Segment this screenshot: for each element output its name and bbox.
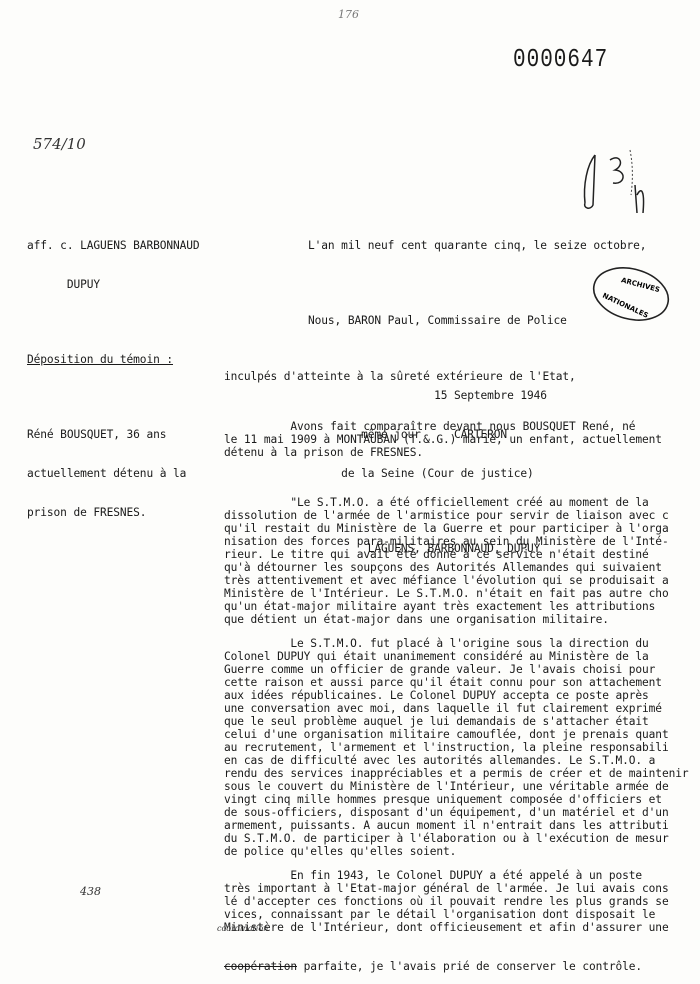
text-line: dissolution de l'armée de l'armistice po… bbox=[224, 509, 700, 522]
text-line: vices, connaissant par le détail l'organ… bbox=[224, 908, 700, 921]
archives-stamp-icon: ARCHIVES NATIONALES bbox=[590, 265, 672, 323]
left-column: aff. c. LAGUENS BARBONNAUD DUPUY Déposit… bbox=[27, 213, 200, 532]
folio-number: 176 bbox=[338, 8, 359, 21]
date-line: L'an mil neuf cent quarante cinq, le sei… bbox=[308, 239, 646, 252]
text-line: du S.T.M.O. de participer à l'élaboratio… bbox=[224, 832, 700, 845]
text-line: que détient un état-major dans une organ… bbox=[224, 613, 700, 626]
text-line: aux idées républicaines. Le Colonel DUPU… bbox=[224, 689, 700, 702]
intro-line: le 11 mai 1909 à MONTAUBAN (T.&.G.) mari… bbox=[224, 433, 700, 446]
handwritten-reference: 574/10 bbox=[33, 135, 86, 153]
text-line: Guerre comme un officier de grande valeu… bbox=[224, 663, 700, 676]
text-line: celui d'une organisation militaire camou… bbox=[224, 728, 700, 741]
text-line: très important à l'Etat-major général de… bbox=[224, 882, 700, 895]
text-line: "Le S.T.M.O. a été officiellement créé a… bbox=[224, 496, 700, 509]
text-line: en cas de difficulté avec les autorités … bbox=[224, 754, 700, 767]
witness-line: prison de FRESNES. bbox=[27, 506, 200, 519]
text-line: qu'à détourner les soupçons des Autorité… bbox=[224, 561, 700, 574]
intro-paragraph: Avons fait comparaître devant nous BOUSQ… bbox=[224, 420, 700, 459]
last-line: coopération parfaite, je l'avais prié de… bbox=[224, 960, 700, 973]
text-line: Ministère de l'Intérieur, dont officieus… bbox=[224, 921, 700, 934]
text-line: que le seul problème auquel je lui deman… bbox=[224, 715, 700, 728]
statement-paragraph: En fin 1943, le Colonel DUPUY a été appe… bbox=[224, 869, 700, 934]
intro-line: détenu à la prison de FRESNES. bbox=[224, 446, 700, 459]
handwritten-correction: coordination bbox=[217, 924, 268, 933]
statement-paragraphs: "Le S.T.M.O. a été officiellement créé a… bbox=[224, 496, 700, 934]
statement-paragraph: "Le S.T.M.O. a été officiellement créé a… bbox=[224, 496, 700, 626]
intro-line: Avons fait comparaître devant nous BOUSQ… bbox=[224, 420, 700, 433]
text-line: rieur. Le titre qui avait été donné à ce… bbox=[224, 548, 700, 561]
affair-title: aff. c. LAGUENS BARBONNAUD bbox=[27, 239, 200, 252]
text-line: très attentivement et avec méfiance l'év… bbox=[224, 574, 700, 587]
text-line: de sous-officiers, disposant d'un équipe… bbox=[224, 806, 700, 819]
witness-line: actuellement détenu à la bbox=[27, 467, 200, 480]
text-line: qu'il restait du Ministère de la Guerre … bbox=[224, 522, 700, 535]
text-line: sous le couvert du Ministère de l'Intéri… bbox=[224, 780, 700, 793]
affair-title-2: DUPUY bbox=[27, 278, 200, 291]
text-line: cette raison et aussi parce qu'il était … bbox=[224, 676, 700, 689]
text-line: Ministère de l'Intérieur. Le S.T.M.O. n'… bbox=[224, 587, 700, 600]
witness-line: Réné BOUSQUET, 36 ans bbox=[27, 428, 200, 441]
text-line: Le S.T.M.O. fut placé à l'origine sous l… bbox=[224, 637, 700, 650]
text-line: au recrutement, l'armement et l'instruct… bbox=[224, 741, 700, 754]
text-line: En fin 1943, le Colonel DUPUY a été appe… bbox=[224, 869, 700, 882]
text-line: vingt cinq mille hommes presque uniqueme… bbox=[224, 793, 700, 806]
statement-paragraph: Le S.T.M.O. fut placé à l'origine sous l… bbox=[224, 637, 700, 858]
text-line: lé d'accepter ces fonctions où il pouvai… bbox=[224, 895, 700, 908]
text-line: Colonel DUPUY qui était unanimement cons… bbox=[224, 650, 700, 663]
text-line: une conversation avec moi, dans laquelle… bbox=[224, 702, 700, 715]
charge-line: inculpés d'atteinte à la sûreté extérieu… bbox=[224, 370, 700, 383]
struck-word: coopération bbox=[224, 960, 297, 973]
svg-text:ARCHIVES: ARCHIVES bbox=[620, 276, 660, 294]
text-line: nisation des forces para-militaires au s… bbox=[224, 535, 700, 548]
signature-icon bbox=[575, 125, 665, 215]
deposition-title: Déposition du témoin : bbox=[27, 353, 200, 366]
document-number: 0000647 bbox=[513, 46, 608, 75]
svg-text:NATIONALES: NATIONALES bbox=[601, 292, 649, 320]
margin-note: 438 bbox=[80, 885, 101, 898]
text-line: armement, puissants. A aucun moment il n… bbox=[224, 819, 700, 832]
deposition-body: inculpés d'atteinte à la sûreté extérieu… bbox=[224, 344, 700, 984]
text-line: qu'un état-major militaire ayant très ex… bbox=[224, 600, 700, 613]
text-line: de police qu'elles qu'elles soient. bbox=[224, 845, 700, 858]
text-line: rendu des services inappréciables et a p… bbox=[224, 767, 700, 780]
